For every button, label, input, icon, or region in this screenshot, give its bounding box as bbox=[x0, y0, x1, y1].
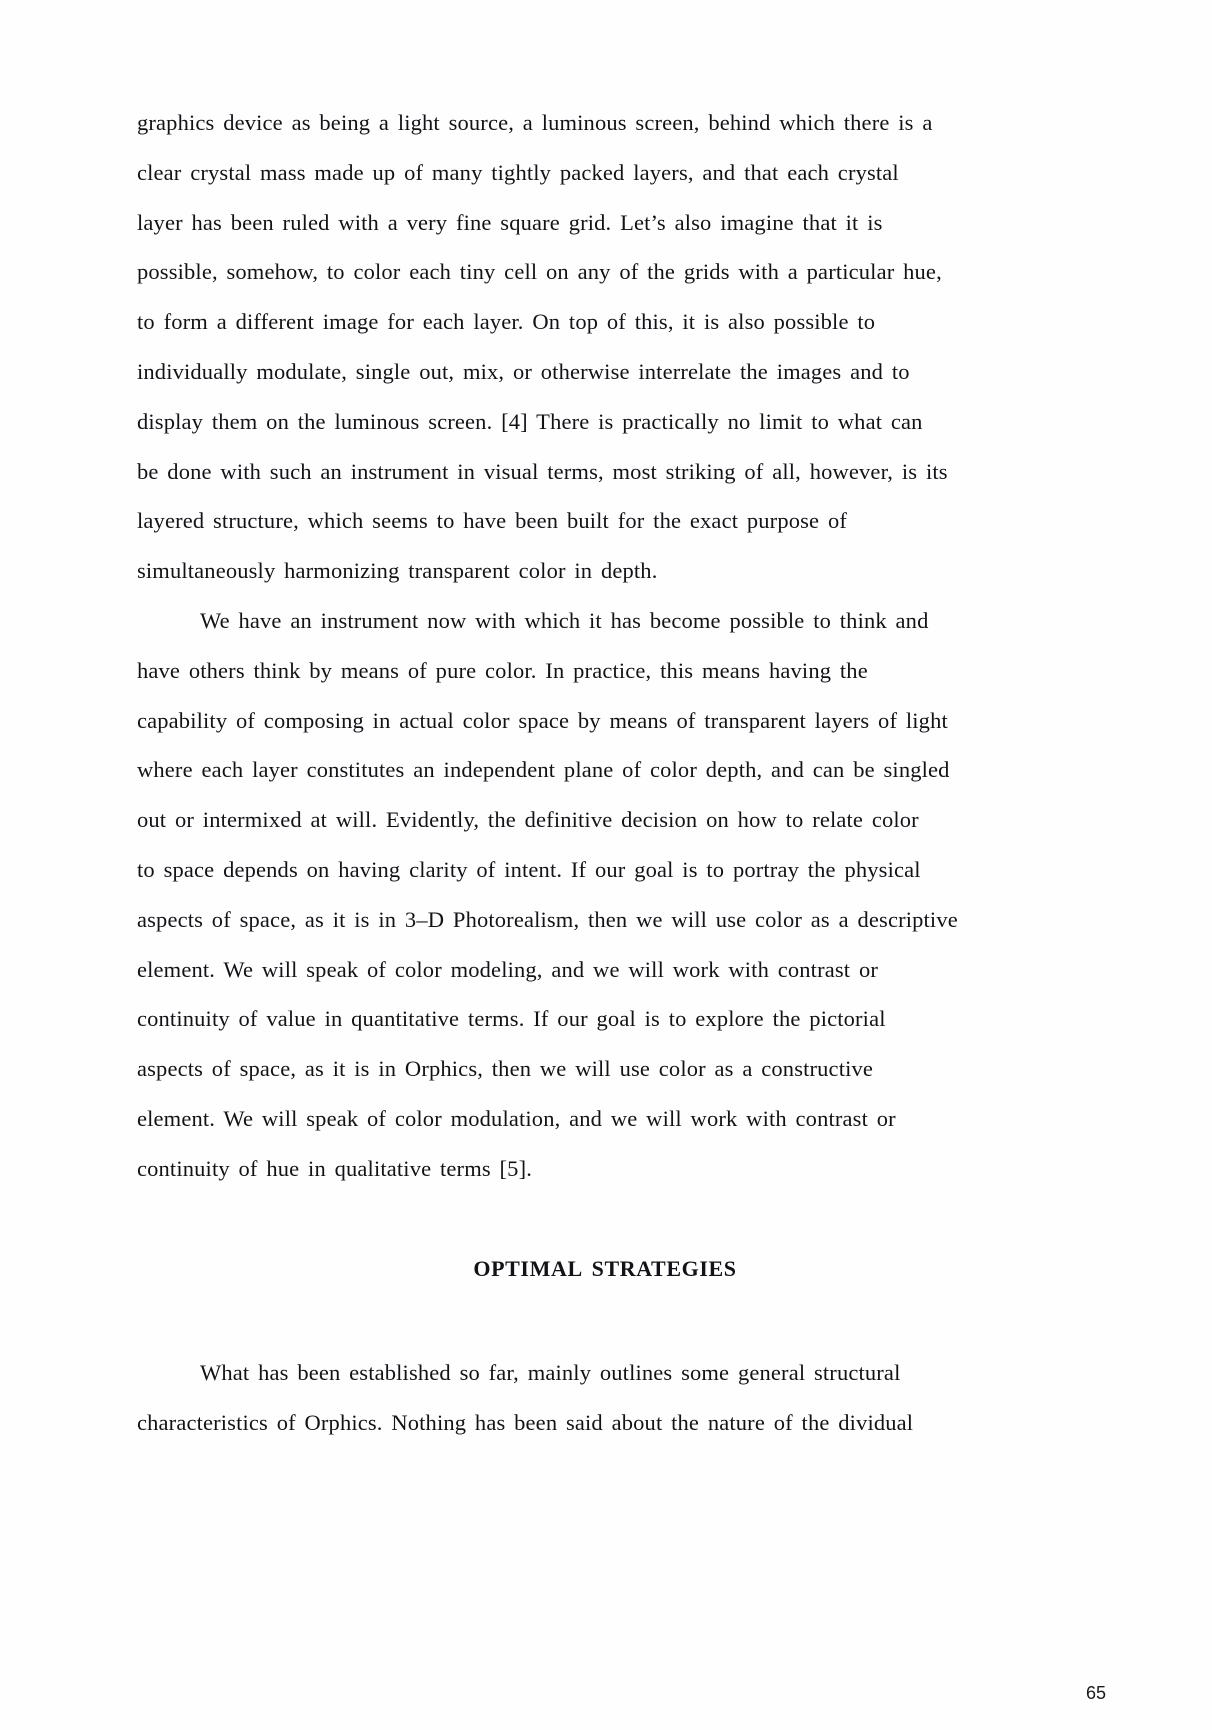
text-line: characteristics of Orphics. Nothing has … bbox=[137, 1406, 1117, 1456]
text-line: simultaneously harmonizing transparent c… bbox=[137, 554, 1117, 604]
text-line: to form a different image for each layer… bbox=[137, 305, 1117, 355]
text-line: continuity of hue in qualitative terms [… bbox=[137, 1152, 1117, 1202]
text-line: element. We will speak of color modeling… bbox=[137, 953, 1117, 1003]
text-line: capability of composing in actual color … bbox=[137, 704, 1117, 754]
paragraph-2: We have an instrument now with which it … bbox=[137, 604, 1117, 1202]
paragraph-3: What has been established so far, mainly… bbox=[137, 1356, 1117, 1456]
text-line: aspects of space, as it is in 3–D Photor… bbox=[137, 903, 1117, 953]
document-page: graphics device as being a light source,… bbox=[0, 0, 1212, 1730]
text-line: to space depends on having clarity of in… bbox=[137, 853, 1117, 903]
text-line: be done with such an instrument in visua… bbox=[137, 455, 1117, 505]
text-line: What has been established so far, mainly… bbox=[137, 1356, 1117, 1406]
text-line: aspects of space, as it is in Orphics, t… bbox=[137, 1052, 1117, 1102]
text-line: display them on the luminous screen. [4]… bbox=[137, 405, 1117, 455]
text-line: where each layer constitutes an independ… bbox=[137, 753, 1117, 803]
paragraph-1: graphics device as being a light source,… bbox=[137, 106, 1117, 604]
text-line: layer has been ruled with a very fine sq… bbox=[137, 206, 1117, 256]
section-heading: OPTIMAL STRATEGIES bbox=[0, 1256, 1212, 1282]
text-line: possible, somehow, to color each tiny ce… bbox=[137, 255, 1117, 305]
text-line: graphics device as being a light source,… bbox=[137, 106, 1117, 156]
text-line: clear crystal mass made up of many tight… bbox=[137, 156, 1117, 206]
body-text: graphics device as being a light source,… bbox=[137, 106, 1117, 1202]
section-heading-text: OPTIMAL STRATEGIES bbox=[473, 1256, 736, 1281]
page-number: 65 bbox=[1086, 1683, 1106, 1704]
text-line: element. We will speak of color modulati… bbox=[137, 1102, 1117, 1152]
text-line: individually modulate, single out, mix, … bbox=[137, 355, 1117, 405]
section-body-text: What has been established so far, mainly… bbox=[137, 1356, 1117, 1456]
text-line: have others think by means of pure color… bbox=[137, 654, 1117, 704]
text-line: layered structure, which seems to have b… bbox=[137, 504, 1117, 554]
text-line: We have an instrument now with which it … bbox=[137, 604, 1117, 654]
text-line: out or intermixed at will. Evidently, th… bbox=[137, 803, 1117, 853]
text-line: continuity of value in quantitative term… bbox=[137, 1002, 1117, 1052]
